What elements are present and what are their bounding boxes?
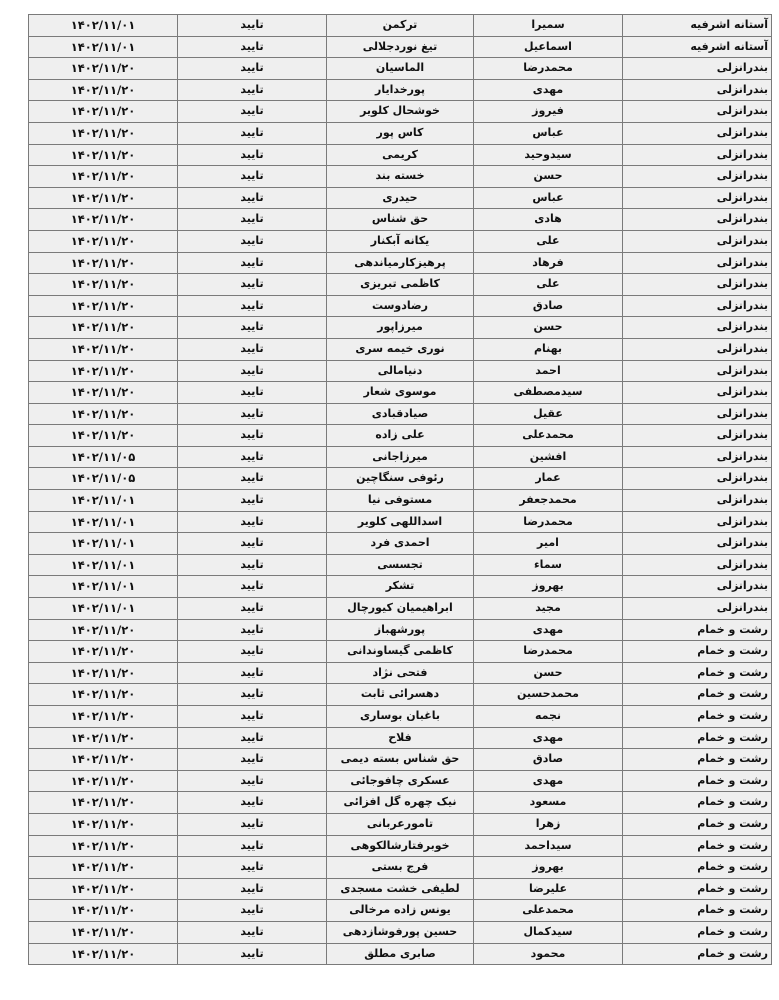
last-name-cell: حسین پورفوشازدهی xyxy=(327,921,474,943)
table-row: بندرانزلیحسنخسته بندتایید۱۴۰۲/۱۱/۲۰ xyxy=(29,166,772,188)
status-cell: تایید xyxy=(178,813,327,835)
date-cell: ۱۴۰۲/۱۱/۰۱ xyxy=(29,490,178,512)
status-cell: تایید xyxy=(178,403,327,425)
city-cell: بندرانزلی xyxy=(623,382,772,404)
table-row: بندرانزلیمحمدرضااسداللهی کلویرتایید۱۴۰۲/… xyxy=(29,511,772,533)
last-name-cell: حق شناس xyxy=(327,209,474,231)
table-row: بندرانزلیصادقرضادوستتایید۱۴۰۲/۱۱/۲۰ xyxy=(29,295,772,317)
status-cell: تایید xyxy=(178,252,327,274)
status-cell: تایید xyxy=(178,166,327,188)
table-row: بندرانزلیعقیلصیادقبادیتایید۱۴۰۲/۱۱/۲۰ xyxy=(29,403,772,425)
approval-table: آستانه اشرفیهسمیراترکمنتایید۱۴۰۲/۱۱/۰۱آس… xyxy=(28,14,772,965)
date-cell: ۱۴۰۲/۱۱/۲۰ xyxy=(29,425,178,447)
status-cell: تایید xyxy=(178,706,327,728)
table-row: بندرانزلیحسنمیرزاپورتایید۱۴۰۲/۱۱/۲۰ xyxy=(29,317,772,339)
status-cell: تایید xyxy=(178,360,327,382)
first-name-cell: سیداحمد xyxy=(474,835,623,857)
first-name-cell: مهدی xyxy=(474,727,623,749)
last-name-cell: کریمی xyxy=(327,144,474,166)
first-name-cell: مجید xyxy=(474,598,623,620)
last-name-cell: میرزاجانی xyxy=(327,446,474,468)
date-cell: ۱۴۰۲/۱۱/۲۰ xyxy=(29,749,178,771)
last-name-cell: نوری خیمه سری xyxy=(327,338,474,360)
status-cell: تایید xyxy=(178,209,327,231)
status-cell: تایید xyxy=(178,835,327,857)
status-cell: تایید xyxy=(178,58,327,80)
table-row: بندرانزلیعماررئوفی سنگاچینتایید۱۴۰۲/۱۱/۰… xyxy=(29,468,772,490)
first-name-cell: مهدی xyxy=(474,770,623,792)
status-cell: تایید xyxy=(178,511,327,533)
table-row: رشت و خماممحمدحسیندهسرائی ثابتتایید۱۴۰۲/… xyxy=(29,684,772,706)
table-row: بندرانزلیسیدوحیدکریمیتایید۱۴۰۲/۱۱/۲۰ xyxy=(29,144,772,166)
last-name-cell: باغبان بوساری xyxy=(327,706,474,728)
date-cell: ۱۴۰۲/۱۱/۲۰ xyxy=(29,792,178,814)
city-cell: بندرانزلی xyxy=(623,338,772,360)
table-row: رشت و خمامسیدکمالحسین پورفوشازدهیتایید۱۴… xyxy=(29,921,772,943)
city-cell: رشت و خمام xyxy=(623,792,772,814)
last-name-cell: رئوفی سنگاچین xyxy=(327,468,474,490)
last-name-cell: تشکر xyxy=(327,576,474,598)
table-row: رشت و خماممهدیپورشهبازتایید۱۴۰۲/۱۱/۲۰ xyxy=(29,619,772,641)
last-name-cell: حیدری xyxy=(327,187,474,209)
status-cell: تایید xyxy=(178,274,327,296)
table-row: بندرانزلیعباسکاس پورتایید۱۴۰۲/۱۱/۲۰ xyxy=(29,122,772,144)
date-cell: ۱۴۰۲/۱۱/۲۰ xyxy=(29,706,178,728)
date-cell: ۱۴۰۲/۱۱/۰۱ xyxy=(29,15,178,37)
last-name-cell: نیک چهره گل افزائی xyxy=(327,792,474,814)
first-name-cell: بهنام xyxy=(474,338,623,360)
status-cell: تایید xyxy=(178,338,327,360)
city-cell: بندرانزلی xyxy=(623,533,772,555)
status-cell: تایید xyxy=(178,468,327,490)
date-cell: ۱۴۰۲/۱۱/۲۰ xyxy=(29,727,178,749)
last-name-cell: پورخدایار xyxy=(327,79,474,101)
document-sheet: آستانه اشرفیهسمیراترکمنتایید۱۴۰۲/۱۱/۰۱آس… xyxy=(28,14,766,965)
last-name-cell: دهسرائی ثابت xyxy=(327,684,474,706)
table-row: رشت و خمامعلیرضالطیفی خشت مسجدیتایید۱۴۰۲… xyxy=(29,878,772,900)
city-cell: بندرانزلی xyxy=(623,295,772,317)
last-name-cell: موسوی شعار xyxy=(327,382,474,404)
table-row: رشت و خمامنجمهباغبان بوساریتایید۱۴۰۲/۱۱/… xyxy=(29,706,772,728)
last-name-cell: پرهیزکارمیاندهی xyxy=(327,252,474,274)
table-row: بندرانزلیمحمدجعفرمستوفی نیاتایید۱۴۰۲/۱۱/… xyxy=(29,490,772,512)
table-row: بندرانزلیفیروزخوشحال کلویرتایید۱۴۰۲/۱۱/۲… xyxy=(29,101,772,123)
first-name-cell: سمیرا xyxy=(474,15,623,37)
last-name-cell: تجسسی xyxy=(327,554,474,576)
city-cell: بندرانزلی xyxy=(623,122,772,144)
first-name-cell: محمدعلی xyxy=(474,425,623,447)
date-cell: ۱۴۰۲/۱۱/۲۰ xyxy=(29,79,178,101)
city-cell: بندرانزلی xyxy=(623,317,772,339)
city-cell: بندرانزلی xyxy=(623,554,772,576)
status-cell: تایید xyxy=(178,36,327,58)
status-cell: تایید xyxy=(178,187,327,209)
city-cell: رشت و خمام xyxy=(623,706,772,728)
status-cell: تایید xyxy=(178,943,327,965)
city-cell: رشت و خمام xyxy=(623,943,772,965)
date-cell: ۱۴۰۲/۱۱/۲۰ xyxy=(29,101,178,123)
table-row: بندرانزلیفرهادپرهیزکارمیاندهیتایید۱۴۰۲/۱… xyxy=(29,252,772,274)
city-cell: بندرانزلی xyxy=(623,446,772,468)
city-cell: رشت و خمام xyxy=(623,813,772,835)
table-row: بندرانزلیافشینمیرزاجانیتایید۱۴۰۲/۱۱/۰۵ xyxy=(29,446,772,468)
table-body: آستانه اشرفیهسمیراترکمنتایید۱۴۰۲/۱۱/۰۱آس… xyxy=(29,15,772,965)
first-name-cell: زهرا xyxy=(474,813,623,835)
date-cell: ۱۴۰۲/۱۱/۲۰ xyxy=(29,835,178,857)
last-name-cell: احمدی فرد xyxy=(327,533,474,555)
city-cell: بندرانزلی xyxy=(623,166,772,188)
first-name-cell: حسن xyxy=(474,662,623,684)
date-cell: ۱۴۰۲/۱۱/۲۰ xyxy=(29,144,178,166)
status-cell: تایید xyxy=(178,598,327,620)
city-cell: رشت و خمام xyxy=(623,684,772,706)
last-name-cell: ابراهیمیان کیورچال xyxy=(327,598,474,620)
date-cell: ۱۴۰۲/۱۱/۲۰ xyxy=(29,684,178,706)
city-cell: بندرانزلی xyxy=(623,58,772,80)
date-cell: ۱۴۰۲/۱۱/۲۰ xyxy=(29,878,178,900)
first-name-cell: امیر xyxy=(474,533,623,555)
last-name-cell: رضادوست xyxy=(327,295,474,317)
table-row: بندرانزلیعلییکانه آبکنارتایید۱۴۰۲/۱۱/۲۰ xyxy=(29,230,772,252)
date-cell: ۱۴۰۲/۱۱/۰۱ xyxy=(29,576,178,598)
first-name-cell: محمدعلی xyxy=(474,900,623,922)
date-cell: ۱۴۰۲/۱۱/۲۰ xyxy=(29,770,178,792)
table-row: رشت و خمامسیداحمدخوبرفتارشالکوهیتایید۱۴۰… xyxy=(29,835,772,857)
status-cell: تایید xyxy=(178,446,327,468)
city-cell: رشت و خمام xyxy=(623,662,772,684)
status-cell: تایید xyxy=(178,921,327,943)
date-cell: ۱۴۰۲/۱۱/۲۰ xyxy=(29,187,178,209)
last-name-cell: صابری مطلق xyxy=(327,943,474,965)
first-name-cell: سیدوحید xyxy=(474,144,623,166)
first-name-cell: حسن xyxy=(474,166,623,188)
status-cell: تایید xyxy=(178,770,327,792)
date-cell: ۱۴۰۲/۱۱/۰۵ xyxy=(29,468,178,490)
city-cell: بندرانزلی xyxy=(623,490,772,512)
last-name-cell: تیغ نوردجلالی xyxy=(327,36,474,58)
status-cell: تایید xyxy=(178,727,327,749)
last-name-cell: یکانه آبکنار xyxy=(327,230,474,252)
table-row: رشت و خماممهدیعسکری چافوجائیتایید۱۴۰۲/۱۱… xyxy=(29,770,772,792)
table-row: بندرانزلیسیدمصطفیموسوی شعارتایید۱۴۰۲/۱۱/… xyxy=(29,382,772,404)
status-cell: تایید xyxy=(178,792,327,814)
city-cell: بندرانزلی xyxy=(623,79,772,101)
date-cell: ۱۴۰۲/۱۱/۲۰ xyxy=(29,900,178,922)
city-cell: آستانه اشرفیه xyxy=(623,15,772,37)
table-row: بندرانزلیعباسحیدریتایید۱۴۰۲/۱۱/۲۰ xyxy=(29,187,772,209)
status-cell: تایید xyxy=(178,230,327,252)
first-name-cell: محمود xyxy=(474,943,623,965)
status-cell: تایید xyxy=(178,295,327,317)
last-name-cell: میرزاپور xyxy=(327,317,474,339)
city-cell: رشت و خمام xyxy=(623,727,772,749)
date-cell: ۱۴۰۲/۱۱/۰۱ xyxy=(29,554,178,576)
table-row: رشت و خمامبهروزفرج بستیتایید۱۴۰۲/۱۱/۲۰ xyxy=(29,857,772,879)
first-name-cell: افشین xyxy=(474,446,623,468)
first-name-cell: صادق xyxy=(474,295,623,317)
table-row: بندرانزلیمهدیپورخدایارتایید۱۴۰۲/۱۱/۲۰ xyxy=(29,79,772,101)
last-name-cell: لطیفی خشت مسجدی xyxy=(327,878,474,900)
first-name-cell: عقیل xyxy=(474,403,623,425)
city-cell: رشت و خمام xyxy=(623,770,772,792)
status-cell: تایید xyxy=(178,317,327,339)
table-row: آستانه اشرفیهاسماعیلتیغ نوردجلالیتایید۱۴… xyxy=(29,36,772,58)
last-name-cell: الماسیان xyxy=(327,58,474,80)
last-name-cell: حق شناس بسته دیمی xyxy=(327,749,474,771)
last-name-cell: فتحی نژاد xyxy=(327,662,474,684)
table-row: بندرانزلیبهنامنوری خیمه سریتایید۱۴۰۲/۱۱/… xyxy=(29,338,772,360)
status-cell: تایید xyxy=(178,684,327,706)
first-name-cell: فیروز xyxy=(474,101,623,123)
status-cell: تایید xyxy=(178,576,327,598)
status-cell: تایید xyxy=(178,144,327,166)
first-name-cell: مهدی xyxy=(474,619,623,641)
table-row: رشت و خمامزهراتامورعربانیتایید۱۴۰۲/۱۱/۲۰ xyxy=(29,813,772,835)
first-name-cell: هادی xyxy=(474,209,623,231)
status-cell: تایید xyxy=(178,641,327,663)
last-name-cell: صیادقبادی xyxy=(327,403,474,425)
first-name-cell: اسماعیل xyxy=(474,36,623,58)
date-cell: ۱۴۰۲/۱۱/۲۰ xyxy=(29,662,178,684)
last-name-cell: کاظمی تبریزی xyxy=(327,274,474,296)
table-row: رشت و خماممهدیفلاحتایید۱۴۰۲/۱۱/۲۰ xyxy=(29,727,772,749)
date-cell: ۱۴۰۲/۱۱/۲۰ xyxy=(29,338,178,360)
first-name-cell: سماء xyxy=(474,554,623,576)
city-cell: بندرانزلی xyxy=(623,598,772,620)
table-row: رشت و خمامحسنفتحی نژادتایید۱۴۰۲/۱۱/۲۰ xyxy=(29,662,772,684)
status-cell: تایید xyxy=(178,382,327,404)
city-cell: رشت و خمام xyxy=(623,900,772,922)
date-cell: ۱۴۰۲/۱۱/۲۰ xyxy=(29,619,178,641)
date-cell: ۱۴۰۲/۱۱/۰۵ xyxy=(29,446,178,468)
status-cell: تایید xyxy=(178,662,327,684)
city-cell: بندرانزلی xyxy=(623,576,772,598)
last-name-cell: کاس پور xyxy=(327,122,474,144)
date-cell: ۱۴۰۲/۱۱/۲۰ xyxy=(29,317,178,339)
last-name-cell: پورشهباز xyxy=(327,619,474,641)
table-row: بندرانزلیمجیدابراهیمیان کیورچالتایید۱۴۰۲… xyxy=(29,598,772,620)
date-cell: ۱۴۰۲/۱۱/۲۰ xyxy=(29,857,178,879)
city-cell: بندرانزلی xyxy=(623,403,772,425)
table-row: رشت و خماممسعودنیک چهره گل افزائیتایید۱۴… xyxy=(29,792,772,814)
date-cell: ۱۴۰۲/۱۱/۲۰ xyxy=(29,641,178,663)
last-name-cell: فرج بستی xyxy=(327,857,474,879)
date-cell: ۱۴۰۲/۱۱/۲۰ xyxy=(29,360,178,382)
date-cell: ۱۴۰۲/۱۱/۲۰ xyxy=(29,403,178,425)
last-name-cell: خسته بند xyxy=(327,166,474,188)
first-name-cell: بهروز xyxy=(474,576,623,598)
status-cell: تایید xyxy=(178,878,327,900)
table-row: بندرانزلیبهروزتشکرتایید۱۴۰۲/۱۱/۰۱ xyxy=(29,576,772,598)
table-row: بندرانزلیسماءتجسسیتایید۱۴۰۲/۱۱/۰۱ xyxy=(29,554,772,576)
first-name-cell: علیرضا xyxy=(474,878,623,900)
table-row: رشت و خماممحمودصابری مطلقتایید۱۴۰۲/۱۱/۲۰ xyxy=(29,943,772,965)
city-cell: بندرانزلی xyxy=(623,360,772,382)
date-cell: ۱۴۰۲/۱۱/۲۰ xyxy=(29,921,178,943)
status-cell: تایید xyxy=(178,900,327,922)
status-cell: تایید xyxy=(178,749,327,771)
date-cell: ۱۴۰۲/۱۱/۲۰ xyxy=(29,122,178,144)
city-cell: بندرانزلی xyxy=(623,252,772,274)
city-cell: رشت و خمام xyxy=(623,641,772,663)
date-cell: ۱۴۰۲/۱۱/۲۰ xyxy=(29,274,178,296)
first-name-cell: سیدمصطفی xyxy=(474,382,623,404)
table-row: رشت و خمامصادقحق شناس بسته دیمیتایید۱۴۰۲… xyxy=(29,749,772,771)
first-name-cell: فرهاد xyxy=(474,252,623,274)
city-cell: بندرانزلی xyxy=(623,187,772,209)
first-name-cell: مهدی xyxy=(474,79,623,101)
first-name-cell: علی xyxy=(474,230,623,252)
first-name-cell: محمدرضا xyxy=(474,511,623,533)
last-name-cell: یونس زاده مرخالی xyxy=(327,900,474,922)
city-cell: رشت و خمام xyxy=(623,619,772,641)
table-row: بندرانزلیعلیکاظمی تبریزیتایید۱۴۰۲/۱۱/۲۰ xyxy=(29,274,772,296)
first-name-cell: بهروز xyxy=(474,857,623,879)
first-name-cell: علی xyxy=(474,274,623,296)
status-cell: تایید xyxy=(178,619,327,641)
status-cell: تایید xyxy=(178,101,327,123)
city-cell: رشت و خمام xyxy=(623,835,772,857)
date-cell: ۱۴۰۲/۱۱/۲۰ xyxy=(29,943,178,965)
date-cell: ۱۴۰۲/۱۱/۲۰ xyxy=(29,295,178,317)
table-row: بندرانزلیمحمدعلیعلی زادهتایید۱۴۰۲/۱۱/۲۰ xyxy=(29,425,772,447)
last-name-cell: عسکری چافوجائی xyxy=(327,770,474,792)
status-cell: تایید xyxy=(178,490,327,512)
first-name-cell: عمار xyxy=(474,468,623,490)
status-cell: تایید xyxy=(178,857,327,879)
first-name-cell: محمدرضا xyxy=(474,641,623,663)
first-name-cell: عباس xyxy=(474,187,623,209)
status-cell: تایید xyxy=(178,122,327,144)
first-name-cell: مسعود xyxy=(474,792,623,814)
first-name-cell: محمدجعفر xyxy=(474,490,623,512)
status-cell: تایید xyxy=(178,554,327,576)
last-name-cell: علی زاده xyxy=(327,425,474,447)
last-name-cell: اسداللهی کلویر xyxy=(327,511,474,533)
first-name-cell: سیدکمال xyxy=(474,921,623,943)
city-cell: بندرانزلی xyxy=(623,274,772,296)
city-cell: رشت و خمام xyxy=(623,878,772,900)
city-cell: بندرانزلی xyxy=(623,101,772,123)
city-cell: بندرانزلی xyxy=(623,230,772,252)
date-cell: ۱۴۰۲/۱۱/۲۰ xyxy=(29,252,178,274)
status-cell: تایید xyxy=(178,79,327,101)
date-cell: ۱۴۰۲/۱۱/۲۰ xyxy=(29,58,178,80)
last-name-cell: کاظمی گیساوندانی xyxy=(327,641,474,663)
first-name-cell: محمدرضا xyxy=(474,58,623,80)
first-name-cell: عباس xyxy=(474,122,623,144)
city-cell: رشت و خمام xyxy=(623,921,772,943)
city-cell: بندرانزلی xyxy=(623,425,772,447)
table-row: بندرانزلیهادیحق شناستایید۱۴۰۲/۱۱/۲۰ xyxy=(29,209,772,231)
table-row: بندرانزلیامیراحمدی فردتایید۱۴۰۲/۱۱/۰۱ xyxy=(29,533,772,555)
status-cell: تایید xyxy=(178,15,327,37)
city-cell: بندرانزلی xyxy=(623,511,772,533)
last-name-cell: دنیامالی xyxy=(327,360,474,382)
date-cell: ۱۴۰۲/۱۱/۰۱ xyxy=(29,36,178,58)
date-cell: ۱۴۰۲/۱۱/۰۱ xyxy=(29,511,178,533)
table-row: آستانه اشرفیهسمیراترکمنتایید۱۴۰۲/۱۱/۰۱ xyxy=(29,15,772,37)
city-cell: رشت و خمام xyxy=(623,857,772,879)
city-cell: بندرانزلی xyxy=(623,468,772,490)
last-name-cell: مستوفی نیا xyxy=(327,490,474,512)
date-cell: ۱۴۰۲/۱۱/۲۰ xyxy=(29,209,178,231)
first-name-cell: احمد xyxy=(474,360,623,382)
table-row: بندرانزلیمحمدرضاالماسیانتایید۱۴۰۲/۱۱/۲۰ xyxy=(29,58,772,80)
table-row: بندرانزلیاحمددنیامالیتایید۱۴۰۲/۱۱/۲۰ xyxy=(29,360,772,382)
last-name-cell: ترکمن xyxy=(327,15,474,37)
city-cell: رشت و خمام xyxy=(623,749,772,771)
date-cell: ۱۴۰۲/۱۱/۲۰ xyxy=(29,382,178,404)
city-cell: آستانه اشرفیه xyxy=(623,36,772,58)
date-cell: ۱۴۰۲/۱۱/۰۱ xyxy=(29,598,178,620)
date-cell: ۱۴۰۲/۱۱/۲۰ xyxy=(29,813,178,835)
date-cell: ۱۴۰۲/۱۱/۰۱ xyxy=(29,533,178,555)
last-name-cell: تامورعربانی xyxy=(327,813,474,835)
last-name-cell: خوبرفتارشالکوهی xyxy=(327,835,474,857)
date-cell: ۱۴۰۲/۱۱/۲۰ xyxy=(29,230,178,252)
city-cell: بندرانزلی xyxy=(623,144,772,166)
status-cell: تایید xyxy=(178,533,327,555)
first-name-cell: نجمه xyxy=(474,706,623,728)
table-row: رشت و خماممحمدعلییونس زاده مرخالیتایید۱۴… xyxy=(29,900,772,922)
first-name-cell: حسن xyxy=(474,317,623,339)
table-row: رشت و خماممحمدرضاکاظمی گیساوندانیتایید۱۴… xyxy=(29,641,772,663)
last-name-cell: خوشحال کلویر xyxy=(327,101,474,123)
city-cell: بندرانزلی xyxy=(623,209,772,231)
first-name-cell: محمدحسین xyxy=(474,684,623,706)
status-cell: تایید xyxy=(178,425,327,447)
date-cell: ۱۴۰۲/۱۱/۲۰ xyxy=(29,166,178,188)
last-name-cell: فلاح xyxy=(327,727,474,749)
first-name-cell: صادق xyxy=(474,749,623,771)
